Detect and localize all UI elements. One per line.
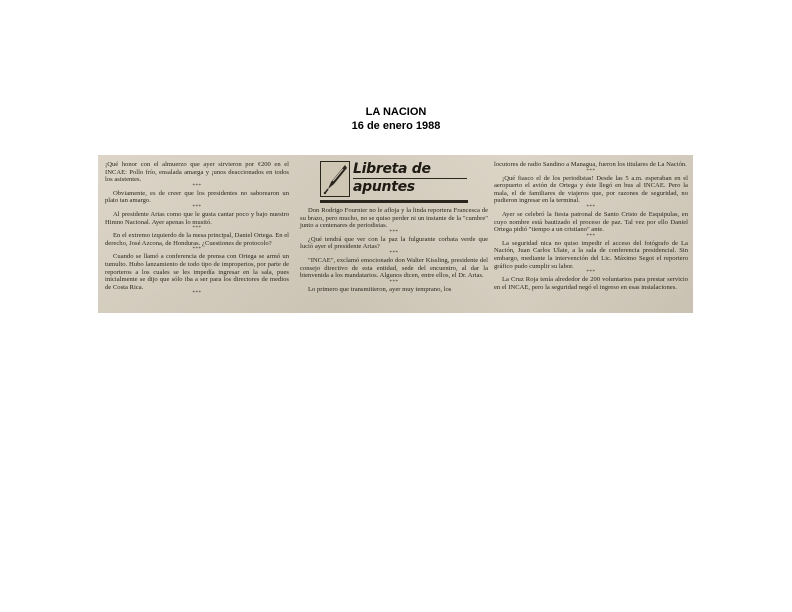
column-title-line1: Libreta de — [353, 161, 467, 178]
column-2: Don Rodrigo Fournier no le afloja y la l… — [300, 207, 488, 293]
column-1: ¡Qué honor con el almuerzo que ayer sirv… — [105, 161, 289, 297]
paragraph: Ayer se celebró la fiesta patronal de Sa… — [494, 211, 688, 234]
paragraph: Lo primero que transmitieron, ayer muy t… — [300, 286, 488, 294]
paragraph: ¡Qué honor con el almuerzo que ayer sirv… — [105, 161, 289, 184]
column-title: Libreta de apuntes — [353, 161, 467, 196]
paragraph: En el extremo izquierdo de la mesa princ… — [105, 232, 289, 247]
paragraph: ¡Qué fiasco el de los periodistas! Desde… — [494, 175, 688, 205]
newspaper-clipping: ¡Qué honor con el almuerzo que ayer sirv… — [98, 155, 693, 313]
column-logo: Libreta de apuntes — [320, 159, 468, 203]
paragraph: "INCAE", exclamó emocionado don Walter K… — [300, 257, 488, 280]
quill-pen-icon — [320, 161, 350, 197]
paragraph: La Cruz Roja tenía alrededor de 200 volu… — [494, 276, 688, 291]
column-3: locutores de radio Sandino a Managua, fu… — [494, 161, 688, 291]
column-title-line2: apuntes — [353, 179, 467, 196]
paragraph: ¿Qué tendrá que ver con la paz la fulgur… — [300, 236, 488, 251]
paragraph: Cuando se llamó a conferencia de prensa … — [105, 253, 289, 291]
logo-underline — [320, 200, 468, 203]
document-header: LA NACION 16 de enero 1988 — [0, 105, 792, 133]
paragraph: locutores de radio Sandino a Managua, fu… — [494, 161, 688, 169]
publication-date: 16 de enero 1988 — [0, 119, 792, 133]
paragraph: La seguridad nica no quiso impedir el ac… — [494, 240, 688, 270]
paragraph: Don Rodrigo Fournier no le afloja y la l… — [300, 207, 488, 230]
publication-name: LA NACION — [0, 105, 792, 119]
separator: *** — [105, 291, 289, 297]
paragraph: Al presidente Arias como que le gusta ca… — [105, 211, 289, 226]
paragraph: Obviamente, es de creer que los presiden… — [105, 190, 289, 205]
